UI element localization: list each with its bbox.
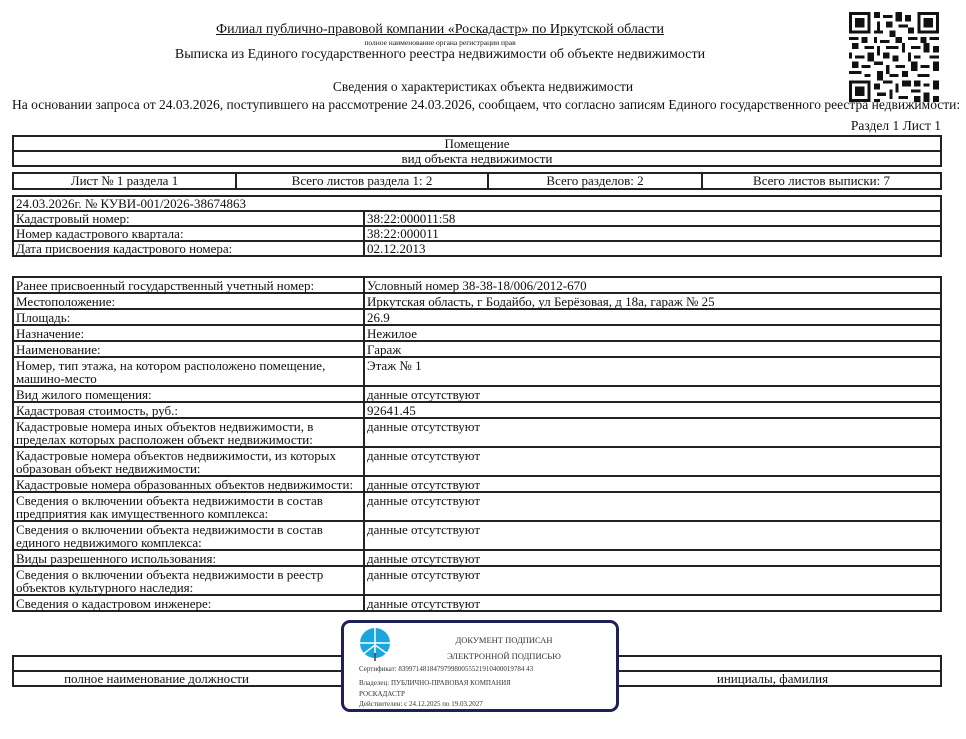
row-value: 26.9 bbox=[364, 309, 941, 325]
row-label: Кадастровые номера образованных объектов… bbox=[13, 476, 364, 492]
row-label: Вид жилого помещения: bbox=[13, 386, 364, 402]
document-title: Выписка из Единого государственного реес… bbox=[0, 47, 880, 63]
table-row: Сведения о включении объекта недвижимост… bbox=[13, 492, 941, 521]
row-label: Номер, тип этажа, на котором расположено… bbox=[13, 357, 364, 386]
row-label: Кадастровые номера объектов недвижимости… bbox=[13, 447, 364, 476]
page-marker: Раздел 1 Лист 1 bbox=[851, 118, 941, 134]
basis-text: На основании запроса от 24.03.2026, пост… bbox=[12, 97, 960, 113]
table-row: Назначение:Нежилое bbox=[13, 325, 941, 341]
object-type: Помещение bbox=[13, 136, 941, 151]
certificate-owner-cont: РОСКАДАСТР bbox=[359, 690, 405, 698]
table-row: Сведения о включении объекта недвижимост… bbox=[13, 566, 941, 595]
section-sheets-total: Всего листов раздела 1: 2 bbox=[236, 173, 488, 189]
row-value: 38:22:000011 bbox=[364, 226, 941, 241]
table-row: Сведения о кадастровом инженере:данные о… bbox=[13, 595, 941, 611]
electronic-signature-stamp: ДОКУМЕНТ ПОДПИСАН ЭЛЕКТРОННОЙ ПОДПИСЬЮ С… bbox=[341, 620, 619, 712]
row-value: данные отсутствуют bbox=[364, 521, 941, 550]
row-label: Площадь: bbox=[13, 309, 364, 325]
organization-caption: полное наименование органа регистрации п… bbox=[0, 38, 880, 47]
row-value: данные отсутствуют bbox=[364, 550, 941, 566]
row-label: Кадастровые номера иных объектов недвижи… bbox=[13, 418, 364, 447]
table-row: Виды разрешенного использования:данные о… bbox=[13, 550, 941, 566]
row-value: Нежилое bbox=[364, 325, 941, 341]
table-row: Площадь:26.9 bbox=[13, 309, 941, 325]
object-type-caption: вид объекта недвижимости bbox=[13, 151, 941, 166]
name-field bbox=[604, 656, 941, 671]
table-row: Сведения о включении объекта недвижимост… bbox=[13, 521, 941, 550]
table-row: Дата присвоения кадастрового номера: 02.… bbox=[13, 241, 941, 256]
row-value: Гараж bbox=[364, 341, 941, 357]
table-row: Наименование:Гараж bbox=[13, 341, 941, 357]
row-value: данные отсутствуют bbox=[364, 492, 941, 521]
row-value: данные отсутствуют bbox=[364, 566, 941, 595]
object-type-table: Помещение вид объекта недвижимости bbox=[12, 135, 942, 167]
row-label: Дата присвоения кадастрового номера: bbox=[13, 241, 364, 256]
row-label: Ранее присвоенный государственный учетны… bbox=[13, 277, 364, 293]
row-value: Условный номер 38-38-18/006/2012-670 bbox=[364, 277, 941, 293]
row-label: Сведения о кадастровом инженере: bbox=[13, 595, 364, 611]
row-label: Сведения о включении объекта недвижимост… bbox=[13, 521, 364, 550]
extract-sheets-total: Всего листов выписки: 7 bbox=[702, 173, 941, 189]
row-label: Наименование: bbox=[13, 341, 364, 357]
row-value: данные отсутствуют bbox=[364, 447, 941, 476]
row-value: данные отсутствуют bbox=[364, 386, 941, 402]
section-title: Сведения о характеристиках объекта недви… bbox=[0, 79, 966, 95]
row-value: Иркутская область, г Бодайбо, ул Берёзов… bbox=[364, 293, 941, 309]
row-label: Сведения о включении объекта недвижимост… bbox=[13, 492, 364, 521]
row-label: Номер кадастрового квартала: bbox=[13, 226, 364, 241]
table-row: Ранее присвоенный государственный учетны… bbox=[13, 277, 941, 293]
request-number: 24.03.2026г. № КУВИ-001/2026-38674863 bbox=[13, 196, 941, 211]
row-value: данные отсутствуют bbox=[364, 418, 941, 447]
row-label: Кадастровая стоимость, руб.: bbox=[13, 402, 364, 418]
cadastral-header-table: 24.03.2026г. № КУВИ-001/2026-38674863 Ка… bbox=[12, 195, 942, 257]
certificate-number: Сертификат: 8399714818479799800555219104… bbox=[359, 665, 533, 673]
organization-name: Филиал публично-правовой компании «Роска… bbox=[0, 22, 880, 38]
stamp-heading-1: ДОКУМЕНТ ПОДПИСАН bbox=[404, 635, 604, 645]
certificate-validity: Действителен: с 24.12.2025 по 19.03.2027 bbox=[359, 700, 483, 708]
table-row: Номер кадастрового квартала: 38:22:00001… bbox=[13, 226, 941, 241]
row-label: Назначение: bbox=[13, 325, 364, 341]
sheet-number: Лист № 1 раздела 1 bbox=[13, 173, 236, 189]
table-row: Кадастровые номера иных объектов недвижи… bbox=[13, 418, 941, 447]
table-row: Номер, тип этажа, на котором расположено… bbox=[13, 357, 941, 386]
characteristics-table: Ранее присвоенный государственный учетны… bbox=[12, 276, 942, 612]
row-label: Виды разрешенного использования: bbox=[13, 550, 364, 566]
name-caption: инициалы, фамилия bbox=[604, 671, 941, 686]
sheet-info-table: Лист № 1 раздела 1 Всего листов раздела … bbox=[12, 172, 942, 190]
row-label: Сведения о включении объекта недвижимост… bbox=[13, 566, 364, 595]
qr-code-icon bbox=[848, 12, 940, 102]
table-row: Местоположение:Иркутская область, г Бода… bbox=[13, 293, 941, 309]
row-value: данные отсутствуют bbox=[364, 595, 941, 611]
row-value: 92641.45 bbox=[364, 402, 941, 418]
row-value: 38:22:000011:58 bbox=[364, 211, 941, 226]
row-label: Кадастровый номер: bbox=[13, 211, 364, 226]
table-row: Вид жилого помещения:данные отсутствуют bbox=[13, 386, 941, 402]
roskadastr-logo-icon bbox=[358, 627, 392, 661]
row-value: Этаж № 1 bbox=[364, 357, 941, 386]
row-value: 02.12.2013 bbox=[364, 241, 941, 256]
table-row: Кадастровый номер: 38:22:000011:58 bbox=[13, 211, 941, 226]
table-row: Кадастровые номера объектов недвижимости… bbox=[13, 447, 941, 476]
table-row: Кадастровая стоимость, руб.:92641.45 bbox=[13, 402, 941, 418]
certificate-owner: Владелец: ПУБЛИЧНО-ПРАВОВАЯ КОМПАНИЯ bbox=[359, 679, 511, 687]
table-row: Кадастровые номера образованных объектов… bbox=[13, 476, 941, 492]
sections-total: Всего разделов: 2 bbox=[488, 173, 702, 189]
row-value: данные отсутствуют bbox=[364, 476, 941, 492]
row-label: Местоположение: bbox=[13, 293, 364, 309]
stamp-heading-2: ЭЛЕКТРОННОЙ ПОДПИСЬЮ bbox=[404, 651, 604, 661]
